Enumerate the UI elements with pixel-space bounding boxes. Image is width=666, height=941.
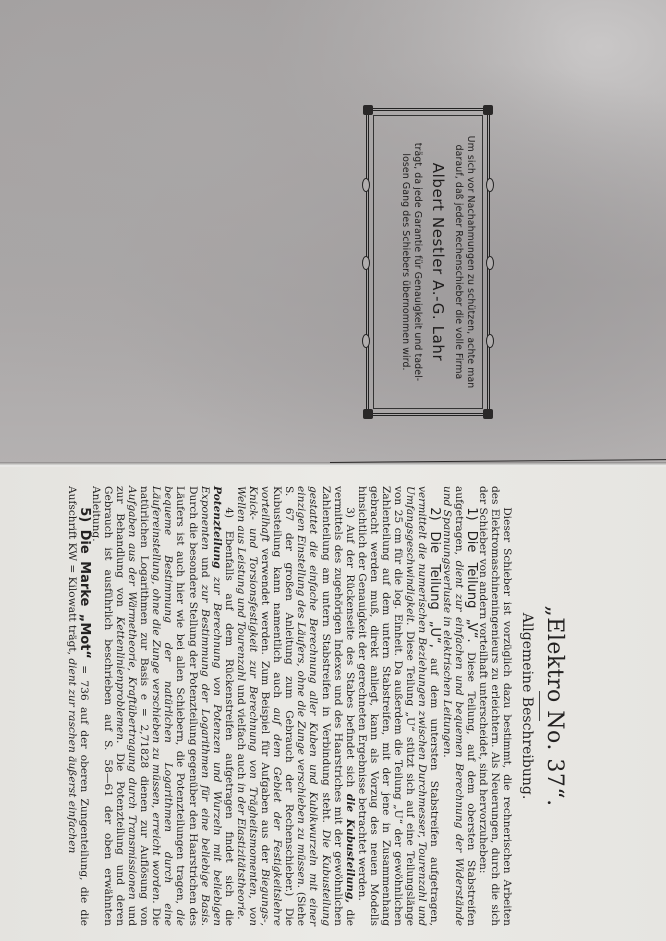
frame-corner-ornament [483, 409, 493, 419]
document-body: Dieser Schieber ist vorzüglich dazu best… [66, 482, 513, 930]
section-emphasis: dient zur raschen äußerst einfachen [66, 658, 78, 853]
section-text: und [199, 550, 211, 585]
advertisement-box: Um sich vor Nachahmungen zu schützen, ac… [366, 108, 490, 416]
section-text: Durch die besondere Stellung der Potenzt… [174, 486, 198, 926]
section-heading: 3) [344, 507, 356, 518]
section-text: Auf der Rückenseite des Stabes befindet … [344, 518, 356, 794]
frame-knot-ornament [486, 256, 494, 270]
frame-knot-ornament [486, 178, 494, 192]
document-title: „Elektro No. 37“. [542, 482, 567, 930]
frame-knot-ornament [362, 178, 370, 192]
frame-corner-ornament [483, 105, 493, 115]
section-text: Ebenfalls auf dem Rückenstreifen aufgetr… [223, 518, 235, 926]
rotated-page: „Elektro No. 37“. Allgemeine Beschreibun… [11, 482, 589, 930]
advertisement-text: Um sich vor Nachahmungen zu schützen, ac… [380, 122, 476, 402]
section-text: und vielfach auch [235, 681, 247, 783]
frame-knot-ornament [362, 334, 370, 348]
frame-knot-ornament [486, 334, 494, 348]
section-emphasis: Potenzteilung [211, 486, 223, 569]
section-3: 3) Auf der Rückenseite des Stabes befind… [235, 486, 356, 926]
section-1: 1) Die Teilung „V“. Diese Teilung, auf d… [440, 486, 476, 926]
frame-corner-ornament [363, 409, 373, 419]
section-2: 2) Die Teilung „U“, auf dem untersten St… [356, 486, 441, 926]
section-5: 5) Die Marke „Mot“ = 736 auf der oberen … [66, 486, 90, 926]
section-emphasis: Kettenlinienproblemen. [114, 617, 126, 744]
section-heading: 4) [223, 507, 235, 518]
section-heading: 5) Die Marke „Mot“ [77, 507, 92, 659]
ad-line: darauf, daß jeder Rechenschieber die vol… [453, 122, 465, 402]
document-subtitle: Allgemeine Beschreibung. [519, 482, 535, 930]
section-heading: 1) Die Teilung „V“. [464, 507, 479, 643]
ad-line: losen Gang des Schiebers übernommen wird… [400, 122, 412, 402]
intro-paragraph: Dieser Schieber ist vorzüglich dazu best… [477, 486, 513, 926]
ad-line: Um sich vor Nachahmungen zu schützen, ac… [465, 122, 477, 402]
section-text: auf dem untersten Stabstreifen aufgetrag… [428, 648, 440, 926]
section-emphasis: in der Elastizitätstheorie. [235, 783, 247, 920]
section-emphasis: zur Bestimmung der Logarithmen für eine … [199, 585, 211, 926]
section-4: 4) Ebenfalls auf dem Rückenstreifen aufg… [90, 486, 235, 926]
company-name: Albert Nestler A.-G. Lahr [428, 122, 448, 402]
frame-corner-ornament [363, 105, 373, 115]
section-emphasis: die Kubusteilung, [344, 794, 356, 903]
ad-line: trägt, da jede Garantie für Genauigkeit … [412, 122, 424, 402]
back-cover [0, 0, 666, 466]
section-emphasis: Aufgaben aus der Wärmetheorie, Kraftüber… [126, 486, 138, 900]
section-heading: 2) Die Teilung „U“, [427, 507, 442, 648]
frame-knot-ornament [362, 256, 370, 270]
title-divider [539, 691, 540, 721]
section-text: verwendet werden. Zum Beispiel für Aufga… [259, 542, 271, 869]
